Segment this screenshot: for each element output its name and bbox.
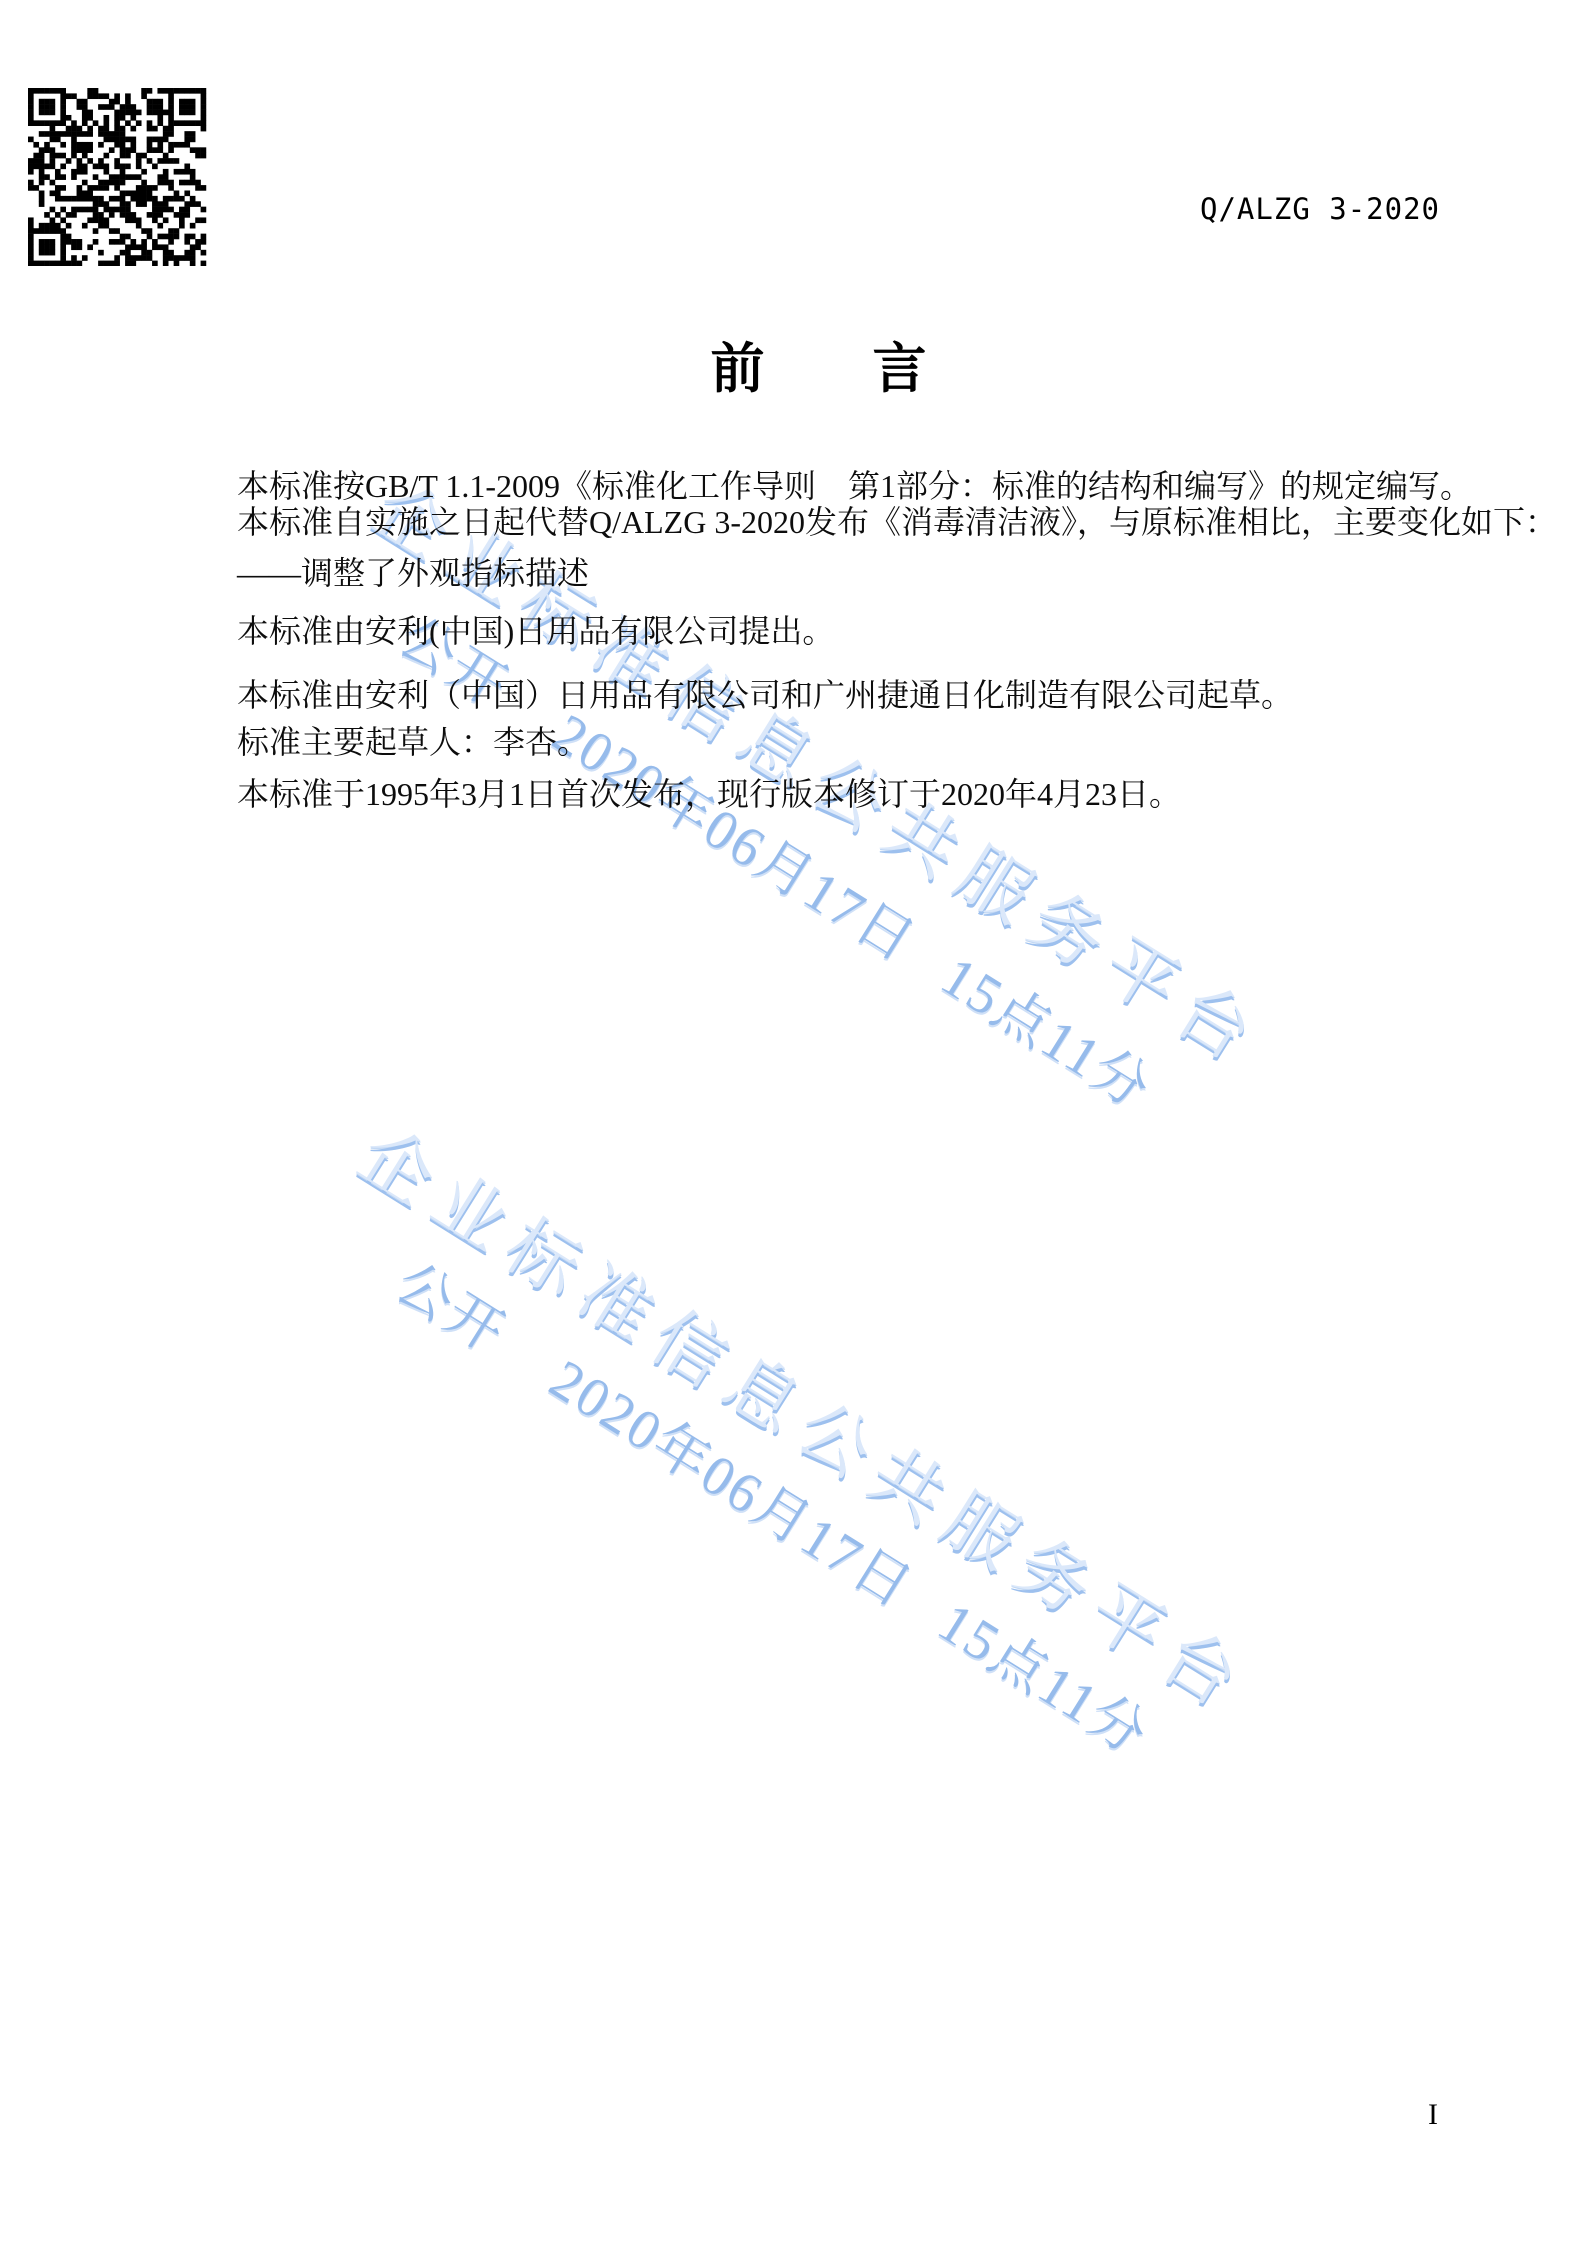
watermark-gap: [900, 963, 937, 986]
foreword-paragraph: ——调整了外观指标描述: [237, 555, 589, 591]
foreword-paragraph: 本标准由安利(中国)日用品有限公司提出。: [237, 613, 834, 649]
standard-document-page: { "header": { "standard_code": "Q/ALZG 3…: [0, 0, 1588, 2245]
qr-code-icon: [25, 88, 209, 266]
watermark-meta-line-upper: 公开2020年06月17日15点11分: [386, 594, 1170, 1125]
foreword-paragraph: 本标准由安利（中国）日用品有限公司和广州捷通日化制造有限公司起草。: [237, 677, 1293, 713]
watermark-time: 15点11分: [927, 1591, 1158, 1768]
watermark-date: 2020年06月17日: [542, 702, 926, 974]
page-title: 前 言: [237, 326, 1400, 403]
watermark-date: 2020年06月17日: [539, 1348, 923, 1620]
watermark-platform-line-lower: 企业标准信息公共服务平台: [343, 1098, 1273, 1733]
foreword-paragraph: 本标准自实施之日起代替Q/ALZG 3-2020发布《消毒清洁液》，与原标准相比…: [237, 504, 1557, 540]
foreword-paragraph: 本标准按GB/T 1.1-2009《标准化工作导则 第1部分：标准的结构和编写》…: [237, 468, 1472, 504]
watermark-time: 15点11分: [930, 945, 1161, 1122]
page-number: I: [1428, 2098, 1438, 2132]
foreword-paragraph: 标准主要起草人：李杏。: [237, 724, 589, 760]
foreword-paragraph: 本标准于1995年3月1日首次发布，现行版本修订于2020年4月23日。: [237, 776, 1181, 812]
standard-code: Q/ALZG 3-2020: [1200, 192, 1440, 226]
watermark-publicity-label: 公开: [385, 1252, 516, 1366]
watermark-meta-line-lower: 公开2020年06月17日15点11分: [383, 1240, 1167, 1771]
watermark-platform-line-upper: 企业标准信息公共服务平台: [357, 452, 1287, 1087]
watermark-gap: [897, 1609, 934, 1632]
watermark-gap: [490, 1355, 546, 1390]
